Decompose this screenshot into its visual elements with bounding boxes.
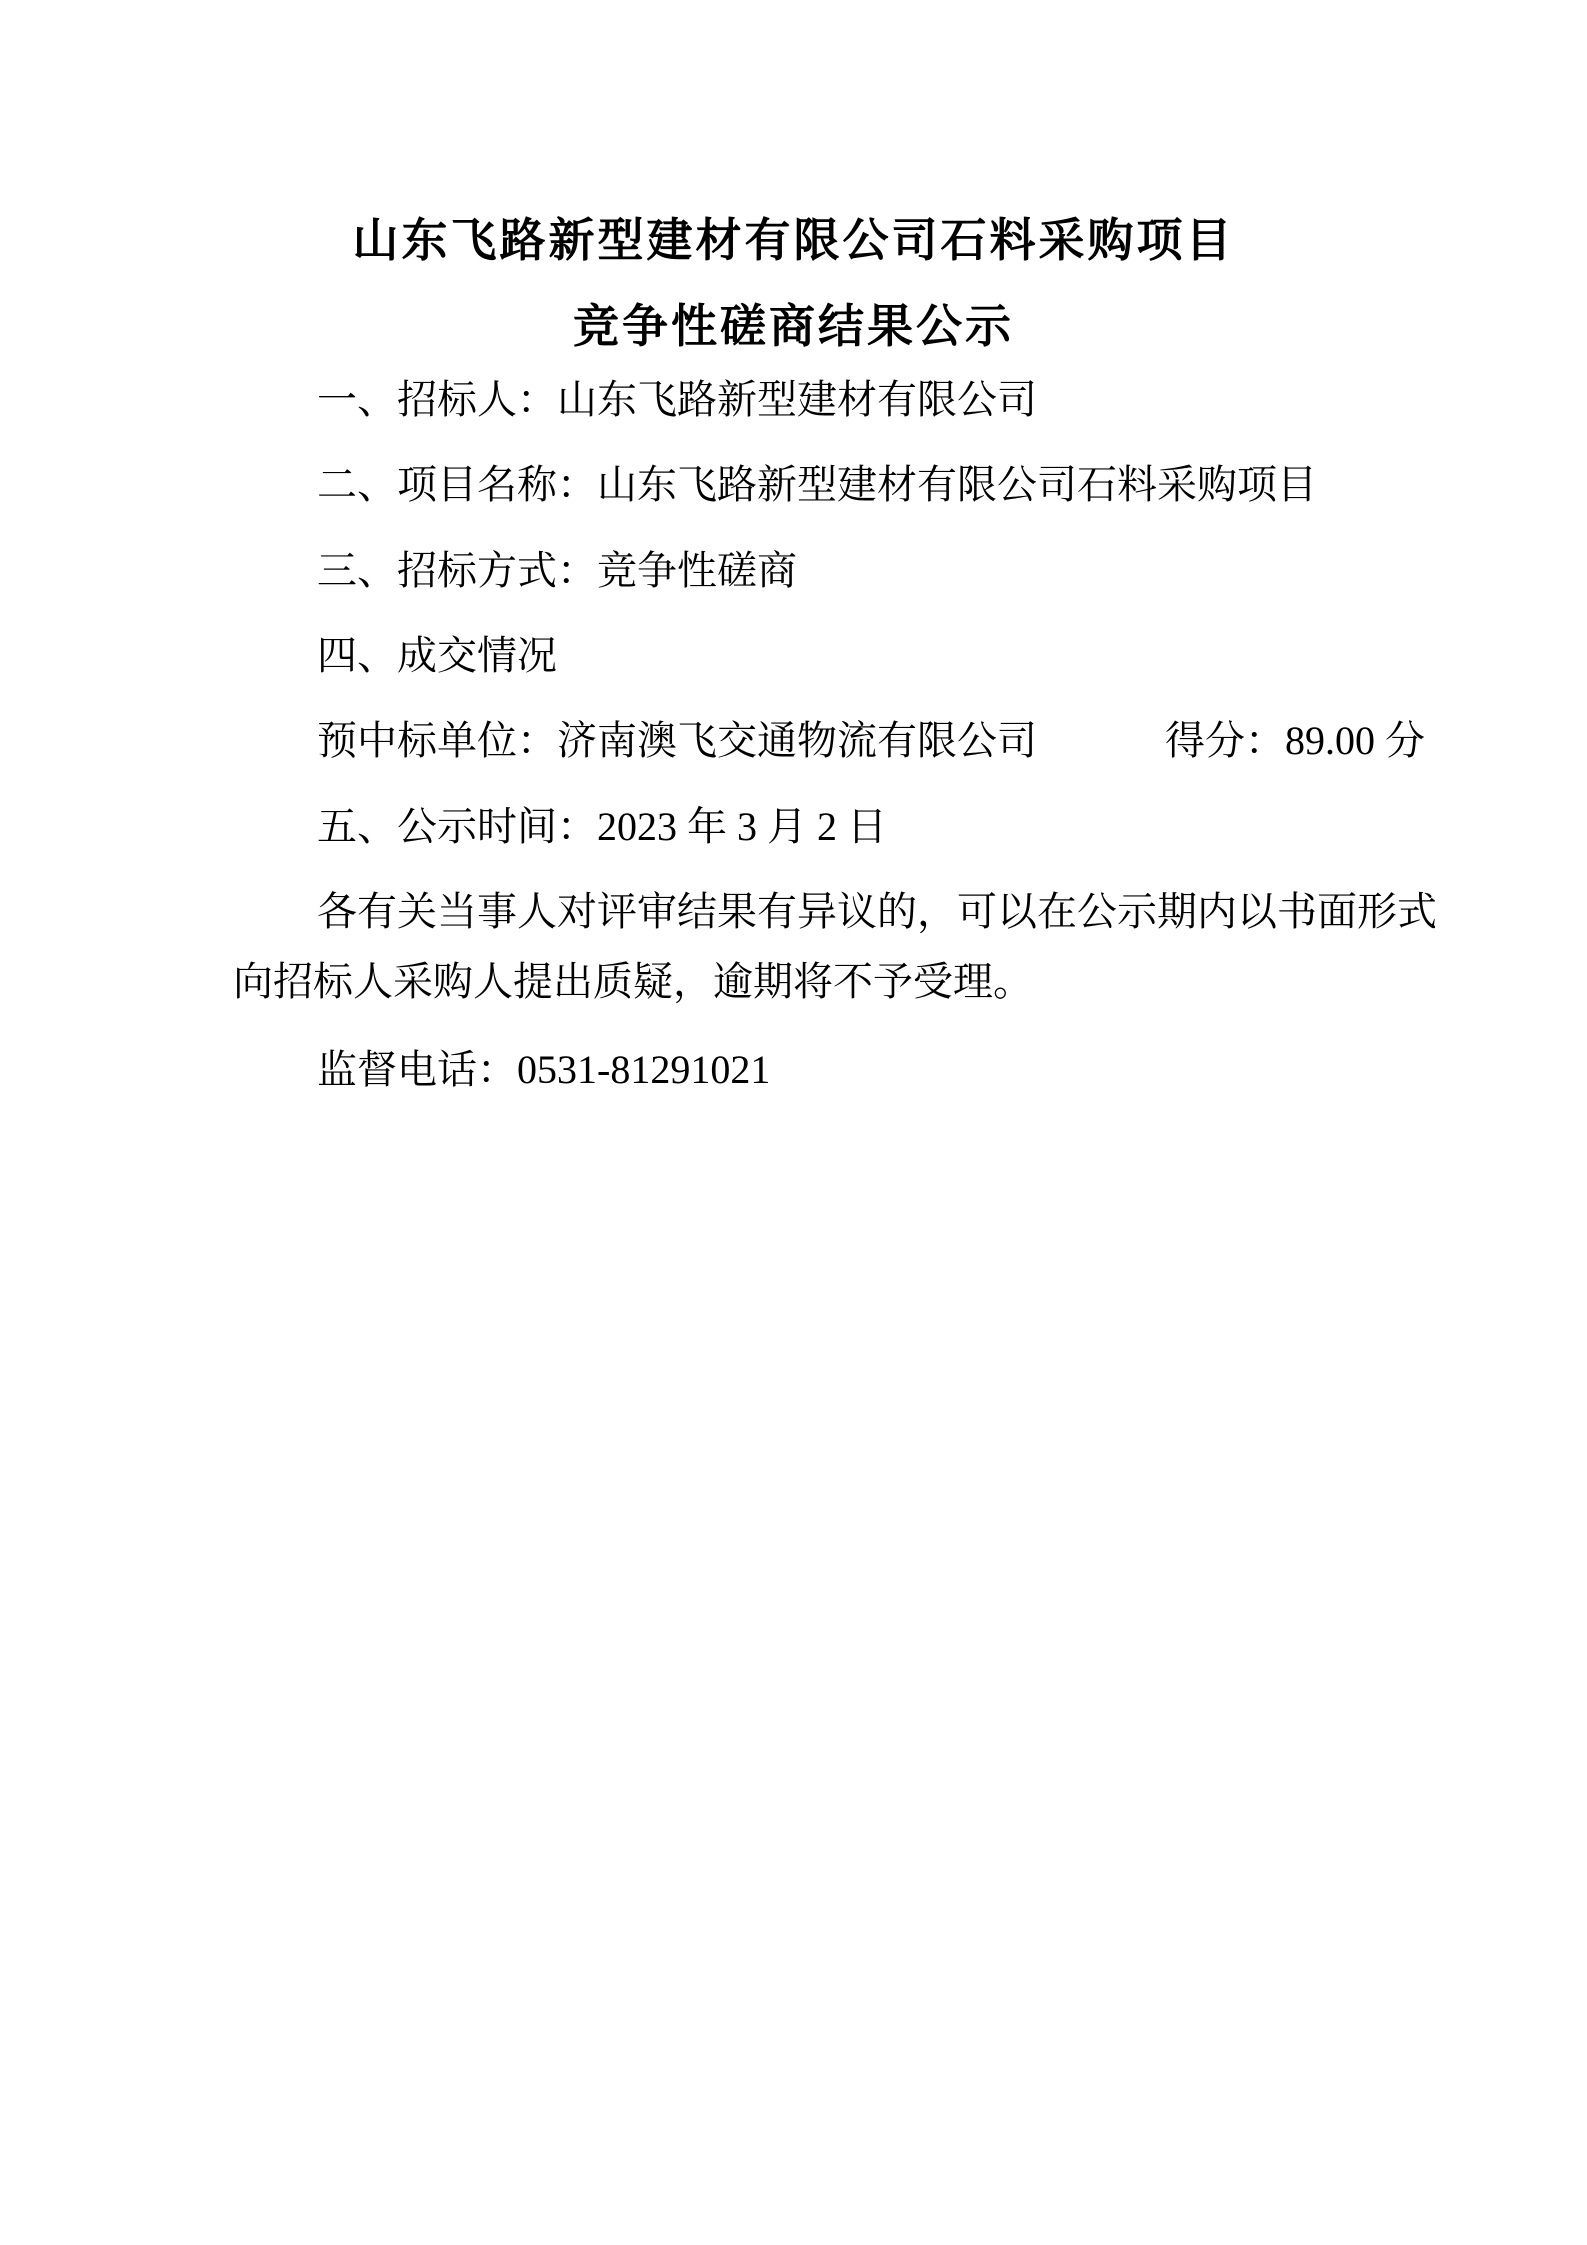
line-award-result: 预中标单位：济南澳飞交通物流有限公司得分：89.00 分 [233,717,1437,765]
line-deal-status: 四、成交情况 [233,632,1437,680]
line-publicity-time: 五、公示时间：2023 年 3 月 2 日 [233,803,1437,851]
line-project-name: 二、项目名称：山东飞路新型建材有限公司石料采购项目 [233,461,1437,509]
line-bid-method: 三、招标方式：竞争性磋商 [233,547,1437,595]
award-score: 得分：89.00 分 [1165,718,1425,763]
document-title-line2: 竞争性磋商结果公示 [0,290,1587,356]
document-title-line1: 山东飞路新型建材有限公司石料采购项目 [0,204,1587,270]
line-objection-notice-1: 各有关当事人对评审结果有异议的，可以在公示期内以书面形式 [233,888,1437,936]
document-page: 山东飞路新型建材有限公司石料采购项目 竞争性磋商结果公示 一、招标人：山东飞路新… [0,0,1587,2245]
award-winner: 预中标单位：济南澳飞交通物流有限公司 [317,718,1037,763]
line-supervision-phone: 监督电话：0531-81291021 [233,1046,1437,1094]
line-bidder: 一、招标人：山东飞路新型建材有限公司 [233,376,1437,424]
line-objection-notice-2: 向招标人采购人提出质疑，逾期将不予受理。 [233,958,1353,1006]
